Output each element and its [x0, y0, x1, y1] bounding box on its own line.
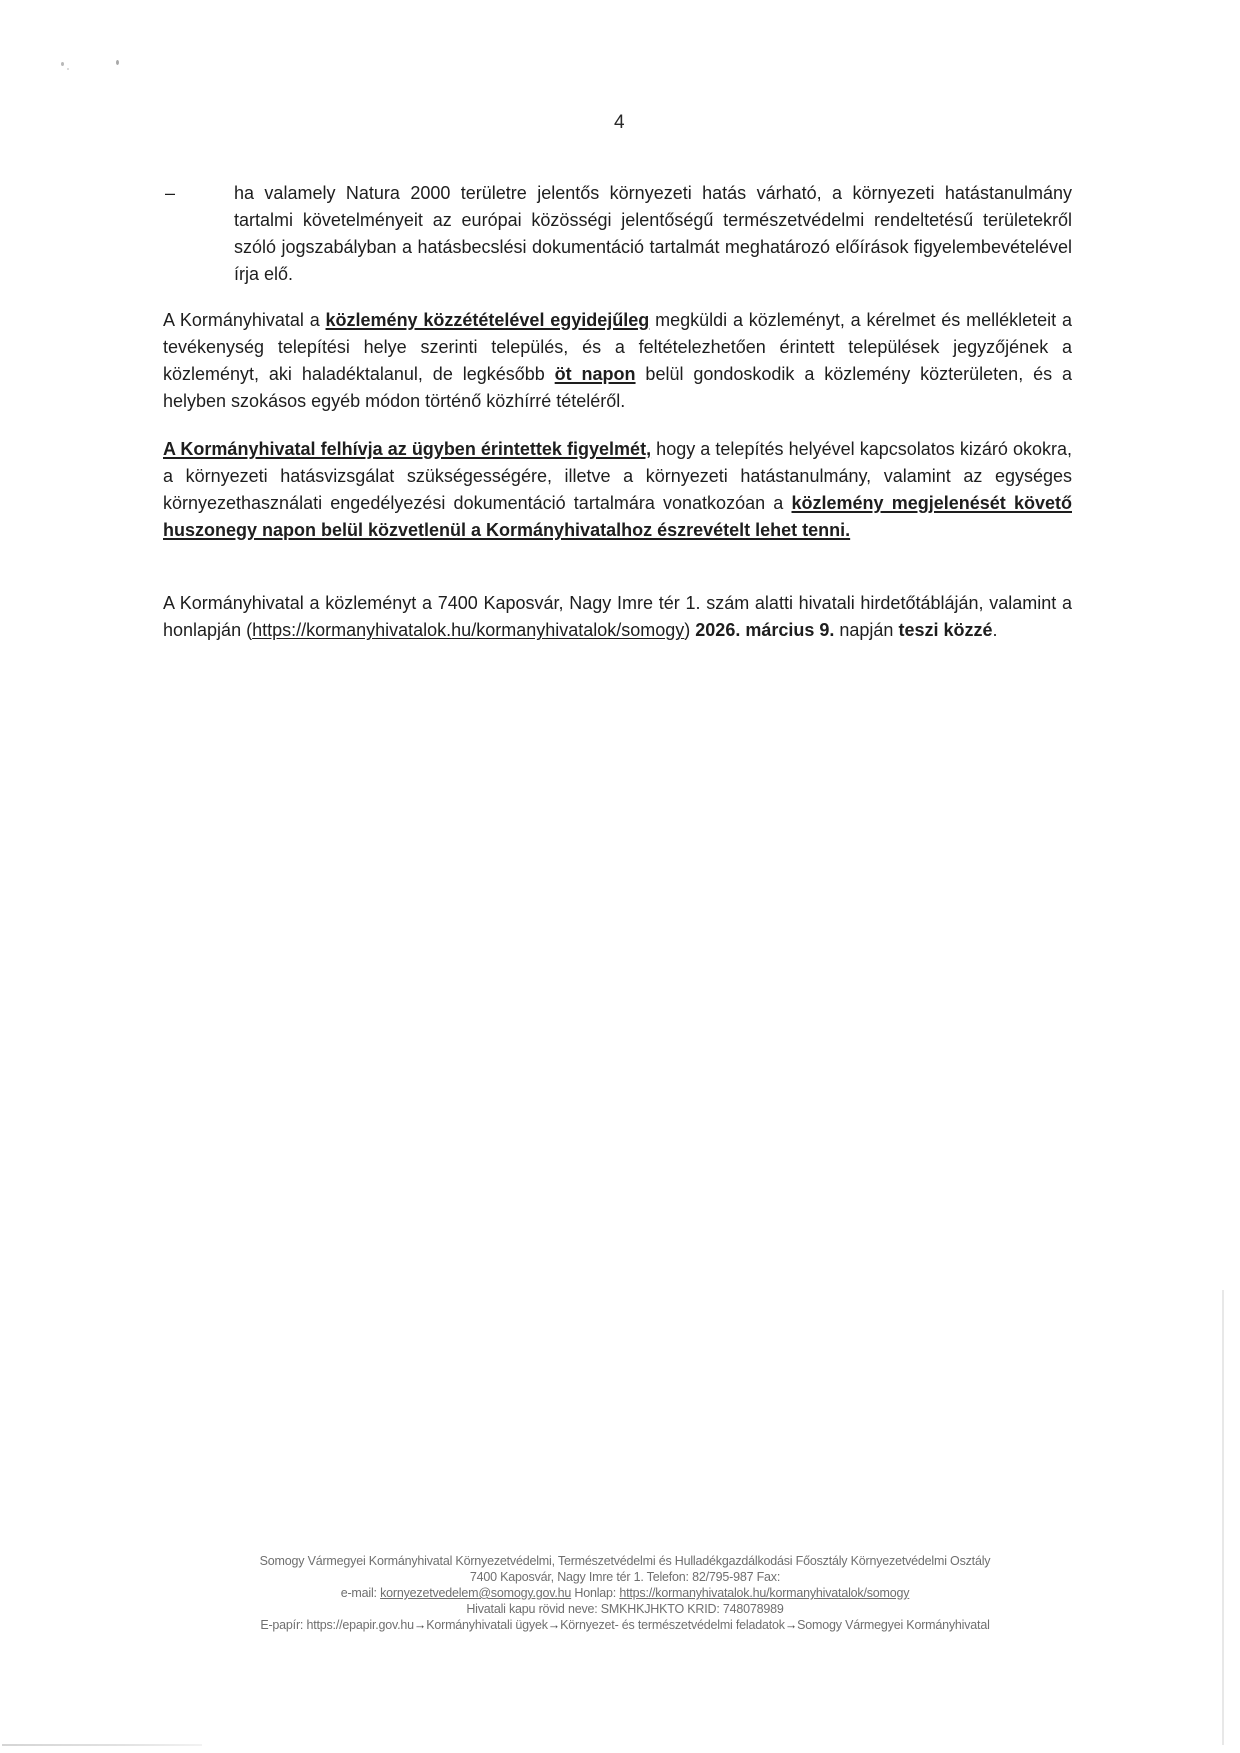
paragraph-publication-notice: A Kormányhivatal a közlemény közzétételé…	[163, 307, 1072, 415]
footer-office-gateway: Hivatali kapu rövid neve: SMKHKJHKTO KRI…	[130, 1601, 1120, 1617]
footer-contact: e-mail: kornyezetvedelem@somogy.gov.hu H…	[130, 1585, 1120, 1601]
paragraph-publication-place: A Kormányhivatal a közleményt a 7400 Kap…	[163, 590, 1072, 644]
emphasis-attention: A Kormányhivatal felhívja az ügyben érin…	[163, 439, 651, 459]
bullet-text: ha valamely Natura 2000 területre jelent…	[234, 180, 1072, 288]
paragraph-attention-notice: A Kormányhivatal felhívja az ügyben érin…	[163, 436, 1072, 544]
footer-epapir: E-papír: https://epapir.gov.hu→Kormányhi…	[130, 1617, 1120, 1633]
emphasis-simultaneously: közlemény közzétételével egyidejűleg	[326, 310, 650, 330]
email-label: e-mail:	[341, 1586, 380, 1600]
text-segment: napján	[834, 620, 898, 640]
letterhead-footer: Somogy Vármegyei Kormányhivatal Környeze…	[130, 1553, 1120, 1633]
email-link[interactable]: kornyezetvedelem@somogy.gov.hu	[380, 1586, 571, 1600]
dash-bullet-icon: –	[165, 180, 175, 207]
scan-edge-line	[1222, 1290, 1224, 1745]
text-segment: A Kormányhivatal a	[163, 310, 326, 330]
scan-speck	[67, 68, 69, 70]
footer-address: 7400 Kaposvár, Nagy Imre tér 1. Telefon:…	[130, 1569, 1120, 1585]
page-number: 4	[614, 112, 625, 134]
emphasis-five-days: öt napon	[555, 364, 636, 384]
emphasis-publish: teszi közzé	[898, 620, 992, 640]
epapir-step: Környezet- és természetvédelmi feladatok	[560, 1618, 785, 1632]
arrow-right-icon: →	[414, 1618, 426, 1632]
scan-edge-line	[2, 1744, 202, 1746]
homepage-link[interactable]: https://kormanyhivatalok.hu/kormanyhivat…	[619, 1586, 909, 1600]
arrow-right-icon: →	[548, 1618, 560, 1632]
epapir-label: E-papír: https://epapir.gov.hu	[260, 1618, 414, 1632]
web-label: Honlap:	[571, 1586, 619, 1600]
scan-speck	[116, 60, 119, 65]
arrow-right-icon: →	[785, 1618, 797, 1632]
publication-date: 2026. március 9.	[695, 620, 834, 640]
footer-department: Somogy Vármegyei Kormányhivatal Környeze…	[130, 1553, 1120, 1569]
epapir-step: Somogy Vármegyei Kormányhivatal	[797, 1618, 990, 1632]
website-link[interactable]: https://kormanyhivatalok.hu/kormanyhivat…	[252, 620, 684, 640]
text-segment: )	[684, 620, 695, 640]
scan-speck	[61, 62, 64, 66]
text-segment: .	[993, 620, 998, 640]
epapir-step: Kormányhivatali ügyek	[426, 1618, 548, 1632]
